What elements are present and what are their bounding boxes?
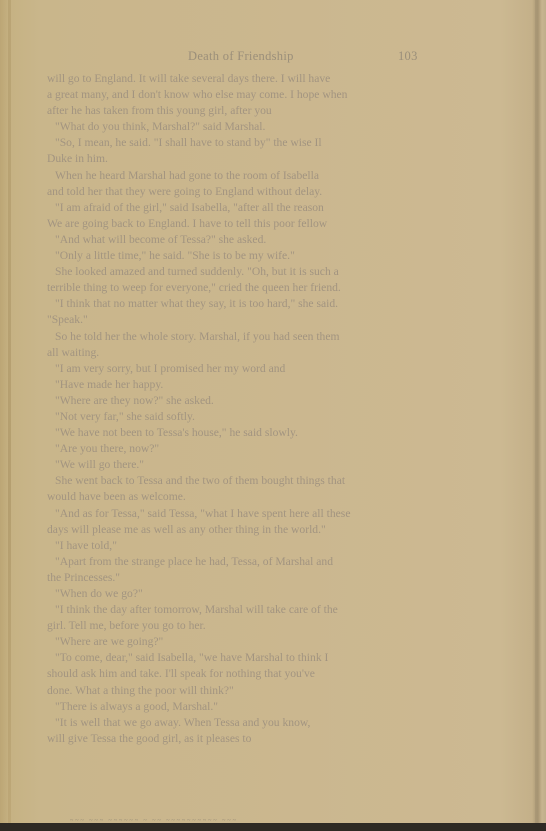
scan-bottom-band — [0, 823, 546, 831]
text-line: "It is well that we go away. When Tessa … — [47, 715, 421, 731]
text-line: "There is always a good, Marshal." — [47, 699, 421, 715]
text-line: "Apart from the strange place he had, Te… — [47, 554, 421, 570]
text-line: "And what will become of Tessa?" she ask… — [47, 232, 421, 248]
text-line: "So, I mean, he said. "I shall have to s… — [47, 135, 421, 151]
text-line: "When do we go?" — [47, 586, 421, 602]
text-line: done. What a thing the poor will think?" — [47, 683, 421, 699]
text-line: We are going back to England. I have to … — [47, 216, 421, 232]
text-line: "I am afraid of the girl," said Isabella… — [47, 200, 421, 216]
text-line: all waiting. — [47, 345, 421, 361]
text-line: "I think the day after tomorrow, Marshal… — [47, 602, 421, 618]
text-line: When he heard Marshal had gone to the ro… — [47, 168, 421, 184]
text-line: "We will go there." — [47, 457, 421, 473]
text-line: will give Tessa the good girl, as it ple… — [47, 731, 421, 747]
text-line: "What do you think, Marshal?" said Marsh… — [47, 119, 421, 135]
text-line: "And as for Tessa," said Tessa, "what I … — [47, 506, 421, 522]
text-line: the Princesses." — [47, 570, 421, 586]
text-line: "Where are we going?" — [47, 634, 421, 650]
text-line: She looked amazed and turned suddenly. "… — [47, 264, 421, 280]
text-line: terrible thing to weep for everyone," cr… — [47, 280, 421, 296]
text-line: should ask him and take. I'll speak for … — [47, 666, 421, 682]
text-line: after he has taken from this young girl,… — [47, 103, 421, 119]
text-line: "I think that no matter what they say, i… — [47, 296, 421, 312]
page-number: 103 — [398, 49, 418, 64]
text-line: "To come, dear," said Isabella, "we have… — [47, 650, 421, 666]
text-line: would have been as welcome. — [47, 489, 421, 505]
text-line: days will please me as well as any other… — [47, 522, 421, 538]
page-gutter — [8, 0, 11, 831]
text-line: girl. Tell me, before you go to her. — [47, 618, 421, 634]
text-line: "Only a little time," he said. "She is t… — [47, 248, 421, 264]
text-line: "Not very far," she said softly. — [47, 409, 421, 425]
body-text: will go to England. It will take several… — [47, 71, 421, 747]
text-line: Duke in him. — [47, 151, 421, 167]
text-line: "We have not been to Tessa's house," he … — [47, 425, 421, 441]
text-line: will go to England. It will take several… — [47, 71, 421, 87]
text-line: "Have made her happy. — [47, 377, 421, 393]
text-line: "I have told," — [47, 538, 421, 554]
text-line: "I am very sorry, but I promised her my … — [47, 361, 421, 377]
text-line: a great many, and I don't know who else … — [47, 87, 421, 103]
book-page: Death of Friendship 103 will go to Engla… — [0, 0, 546, 831]
text-line: "Where are they now?" she asked. — [47, 393, 421, 409]
page-edge — [535, 0, 538, 831]
text-line: "Are you there, now?" — [47, 441, 421, 457]
page-header: Death of Friendship 103 — [40, 49, 420, 65]
text-line: "Speak." — [47, 312, 421, 328]
text-line: She went back to Tessa and the two of th… — [47, 473, 421, 489]
text-line: So he told her the whole story. Marshal,… — [47, 329, 421, 345]
running-title: Death of Friendship — [188, 49, 294, 64]
text-line: and told her that they were going to Eng… — [47, 184, 421, 200]
